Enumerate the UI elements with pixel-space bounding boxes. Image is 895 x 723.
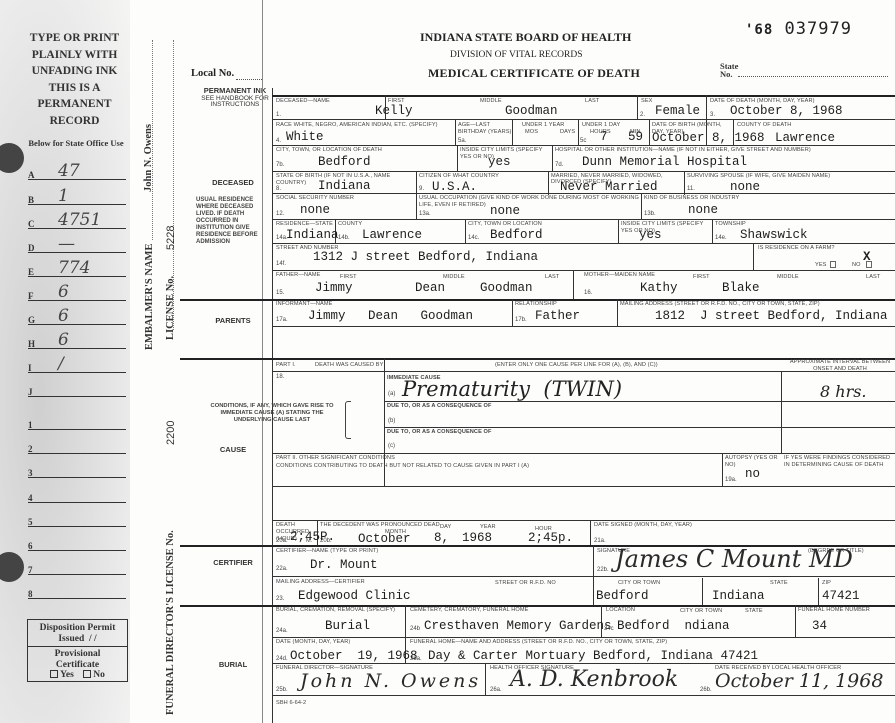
location-field[interactable]: Bedford ndiana	[617, 619, 730, 633]
location-state-label: STATE	[745, 608, 763, 614]
autopsy-field[interactable]: no	[745, 467, 760, 481]
field-num: 14f.	[276, 261, 286, 267]
usual-residence-note: USUAL RESIDENCE WHERE DECEASED LIVED. IF…	[196, 197, 272, 246]
degree-label: (DEGREE OR TITLE)	[808, 548, 864, 554]
field-num: 13b.	[644, 211, 656, 217]
state-of-birth-field[interactable]: Indiana	[318, 179, 371, 193]
col-divider	[512, 119, 513, 145]
informant-field[interactable]: Jimmy Dean Goodman	[308, 309, 473, 323]
immediate-cause-field[interactable]: Prematurity (TWIN)	[402, 377, 622, 401]
father-last-label: LAST	[545, 274, 559, 280]
certifier-zip-field[interactable]: 47421	[822, 589, 860, 603]
mos-label: MOS	[525, 129, 538, 135]
field-num: 11.	[687, 186, 695, 192]
rule	[384, 427, 895, 428]
stub-code-h[interactable]: H6	[28, 333, 126, 349]
field-num: 16.	[584, 290, 592, 296]
mother-first-field[interactable]: Kathy	[640, 281, 678, 295]
field-num: 24b	[410, 626, 420, 632]
state-no-label: StateNo.	[720, 62, 738, 78]
field-num: 22a.	[276, 566, 288, 572]
mother-last-label: LAST	[866, 274, 880, 280]
col-divider	[684, 171, 685, 195]
provisional-no-checkbox[interactable]	[83, 670, 91, 678]
form-number: SBH 6-64-2	[276, 700, 306, 706]
rule	[384, 401, 895, 402]
pronounced-label: THE DECEDENT WAS PRONOUNCED DEAD	[320, 522, 440, 528]
division-title: DIVISION OF VITAL RECORDS	[450, 50, 583, 60]
spouse-field[interactable]: none	[730, 180, 760, 194]
business-label: KIND OF BUSINESS OR INDUSTRY	[644, 195, 739, 201]
embalmer-license-value[interactable]: 5228	[165, 220, 177, 250]
min-field[interactable]: 59	[628, 130, 643, 144]
rule	[272, 637, 895, 638]
findings-label: IF YES WERE FINDINGS CONSIDERED IN DETER…	[784, 455, 894, 469]
field-num: 20b.	[320, 538, 332, 544]
agency-title: INDIANA STATE BOARD OF HEALTH	[420, 30, 631, 45]
pronounced-day-label: DAY	[440, 524, 451, 530]
rule	[272, 219, 895, 220]
col-divider	[485, 663, 486, 695]
col-divider	[637, 95, 638, 119]
father-first-label: FIRST	[340, 274, 357, 280]
race-label: RACE WHITE, NEGRO, AMERICAN INDIAN, ETC.…	[276, 122, 456, 129]
stub-code-5[interactable]: 5	[28, 511, 126, 527]
father-first-field[interactable]: Jimmy	[315, 281, 353, 295]
col-divider	[416, 171, 417, 195]
rule	[272, 520, 895, 521]
pronounced-month-field[interactable]: October	[358, 532, 411, 546]
hospital-label: HOSPITAL OR OTHER INSTITUTION—NAME (IF N…	[555, 147, 811, 153]
field-num: 26b.	[700, 687, 712, 693]
field-num: 23.	[276, 596, 284, 602]
county-of-death-label: COUNTY OF DEATH	[737, 122, 791, 128]
burial-date-field[interactable]: October 19, 1968	[290, 649, 418, 663]
certifier-mailing-label: MAILING ADDRESS—CERTIFIER	[276, 579, 365, 585]
rule	[272, 270, 895, 271]
county-of-death-field[interactable]: Lawrence	[775, 131, 835, 145]
col-divider	[649, 119, 650, 145]
col-divider	[722, 453, 723, 486]
fh-number-label: FUNERAL HOME NUMBER	[798, 607, 870, 613]
sex-field[interactable]: Female	[655, 104, 700, 118]
field-num: 1.	[276, 112, 281, 118]
section-parents: PARENTS	[193, 316, 273, 325]
ssn-field[interactable]: none	[300, 203, 330, 217]
last-label: LAST	[585, 98, 599, 104]
citizen-label: CITIZEN OF WHAT COUNTRY	[419, 173, 499, 179]
col-divider	[818, 578, 819, 605]
field-num: 5c	[580, 138, 586, 144]
col-divider	[465, 219, 466, 243]
col-divider	[573, 270, 574, 299]
mother-maiden-label: MOTHER—MAIDEN NAME	[584, 272, 655, 278]
section-cause: CAUSE	[193, 445, 273, 454]
field-num: 25a.	[410, 656, 422, 662]
cemetery-field[interactable]: Cresthaven Memory Gardens	[424, 619, 612, 633]
field-num: 14b.	[338, 235, 350, 241]
stub-code-e[interactable]: E774	[28, 261, 126, 277]
pronounced-day-field[interactable]: 8,	[434, 531, 449, 545]
occupation-label: USUAL OCCUPATION (GIVE KIND OF WORK DONE…	[419, 195, 639, 209]
father-middle-field[interactable]: Dean	[415, 281, 445, 295]
date-received-field[interactable]: October 11, 1968	[715, 670, 883, 692]
mailing-address-label: MAILING ADDRESS (STREET OR R.F.D. NO., C…	[620, 301, 820, 307]
part2-field[interactable]	[276, 470, 716, 484]
rule	[272, 119, 895, 120]
ssn-label: SOCIAL SECURITY NUMBER	[276, 195, 354, 201]
conditions-note: CONDITIONS, IF ANY, WHICH GAVE RISE TO I…	[205, 403, 339, 424]
issued-date-field[interactable]: / /	[89, 634, 97, 644]
residence-county-field[interactable]: Lawrence	[362, 228, 422, 242]
stub-code-g[interactable]: G6	[28, 309, 126, 325]
farm-label: IS RESIDENCE ON A FARM?	[758, 245, 835, 251]
field-num: 24a.	[276, 628, 288, 634]
col-divider	[512, 299, 513, 326]
col-divider	[416, 193, 417, 219]
field-num: 7b.	[276, 162, 284, 168]
residence-state-label: RESIDENCE—STATE	[276, 221, 333, 227]
rule	[272, 663, 895, 664]
deceased-first-name[interactable]: Kelly	[375, 104, 413, 118]
stub-code-a[interactable]: A47	[28, 164, 126, 180]
state-office-use-label: Below for State Office Use	[22, 138, 130, 148]
date-of-death-field[interactable]: October 8, 1968	[730, 104, 843, 118]
stub-code-8[interactable]: 8	[28, 583, 126, 599]
under-1-year-label: UNDER 1 YEAR	[522, 122, 564, 128]
director-signature[interactable]: John N. Owens	[300, 670, 481, 692]
due-to-label-1: DUE TO, OR AS A CONSEQUENCE OF	[387, 403, 492, 409]
section-burial: BURIAL	[193, 660, 273, 669]
col-divider	[593, 545, 594, 605]
township-label: TOWNSHIP	[715, 221, 746, 227]
certificate-number: '68 037979	[745, 19, 852, 39]
funeral-director-license-label: FUNERAL DIRECTOR'S LICENSE No.	[165, 510, 176, 715]
stub-code-f[interactable]: F6	[28, 285, 126, 301]
fh-number-field[interactable]: 34	[812, 619, 827, 633]
section-deceased: DECEASED	[193, 178, 273, 187]
certifier-city-field[interactable]: Bedford	[596, 589, 649, 603]
stub-code-b[interactable]: B1	[28, 189, 126, 205]
field-num: 5a.	[458, 138, 466, 144]
due-to-label-2: DUE TO, OR AS A CONSEQUENCE OF	[387, 429, 492, 435]
under-1-day-label: UNDER 1 DAY	[582, 122, 620, 128]
field-num: 26a.	[490, 687, 502, 693]
stub-code-1[interactable]: 1	[28, 414, 126, 430]
location-city-label: CITY OR TOWN	[680, 608, 722, 614]
certifier-name-label: CERTIFIER—NAME (TYPE OR PRINT)	[276, 548, 378, 554]
field-num: 24d.	[276, 656, 288, 662]
local-no-label: Local No.	[191, 68, 234, 79]
mother-middle-label: MIDDLE	[777, 274, 799, 280]
citizen-field[interactable]: U.S.A.	[432, 180, 477, 194]
pronounced-year-field[interactable]: 1968	[462, 531, 492, 545]
father-middle-label: MIDDLE	[443, 274, 465, 280]
field-num: 14c.	[468, 235, 479, 241]
mother-first-label: FIRST	[693, 274, 710, 280]
inside-city-field[interactable]: yes	[488, 155, 511, 169]
bracket	[345, 401, 351, 439]
certificate-title: MEDICAL CERTIFICATE OF DEATH	[428, 66, 640, 81]
col-divider	[457, 145, 458, 171]
dob-field[interactable]: October 8, 1968	[652, 131, 765, 145]
field-num: 13a.	[419, 211, 431, 217]
embalmer-name-value[interactable]: John N. Owens	[143, 112, 154, 192]
field-num: 18.	[276, 374, 284, 380]
field-num: 4.	[276, 138, 281, 144]
certifier-state-label: STATE	[770, 580, 788, 586]
col-divider	[753, 243, 754, 270]
caused-by-label: DEATH WAS CAUSED BY	[315, 362, 383, 368]
funeral-home-field[interactable]: Day & Carter Mortuary Bedford, Indiana 4…	[428, 649, 758, 663]
residence-county-label: COUNTY	[338, 221, 362, 227]
city-of-death-field[interactable]: Bedford	[318, 155, 371, 169]
embalmer-license-label: LICENSE No.	[165, 255, 176, 340]
age-label: AGE—LAST BIRTHDAY (YEARS)	[458, 122, 512, 136]
interval-label: APPROXIMATE INTERVAL BETWEEN ONSET AND D…	[785, 359, 895, 373]
pronounced-year-label: YEAR	[480, 524, 496, 530]
residence-inside-city-field[interactable]: yes	[639, 228, 662, 242]
pronounced-hour-field[interactable]: 2;45p.	[528, 531, 573, 545]
part2-label: PART II. OTHER SIGNIFICANT CONDITIONS	[276, 455, 395, 461]
field-num: 3.	[710, 112, 715, 118]
enter-one-label: (ENTER ONLY ONE CAUSE PER LINE FOR (a), …	[495, 362, 658, 368]
col-divider	[618, 219, 619, 243]
rule	[272, 453, 895, 454]
occupation-field[interactable]: none	[490, 204, 520, 218]
certifier-zip-label: ZIP	[822, 580, 831, 586]
burial-date-label: DATE (MONTH, DAY, YEAR)	[276, 639, 350, 645]
residence-city-label: CITY, TOWN OR LOCATION	[468, 221, 542, 227]
rule	[272, 695, 895, 696]
field-num: 17a.	[276, 317, 288, 323]
certifier-name-field[interactable]: Dr. Mount	[310, 558, 378, 572]
funeral-director-license-value[interactable]: 2200	[165, 410, 177, 445]
residence-state-field[interactable]: Indiana	[286, 228, 339, 242]
sex-label: SEX	[641, 98, 653, 104]
middle-label: MIDDLE	[480, 98, 502, 104]
field-num: 24c	[604, 626, 614, 632]
stub-code-7[interactable]: 7	[28, 559, 126, 575]
rule	[272, 145, 895, 146]
field-num: 12.	[276, 211, 284, 217]
mother-last-field[interactable]: Blake	[722, 281, 760, 295]
stub-code-i[interactable]: I/	[28, 357, 126, 373]
field-num: 25b.	[276, 687, 288, 693]
spouse-label: SURVIVING SPOUSE (IF WIFE, GIVE MAIDEN N…	[687, 173, 830, 179]
provisional-yes-checkbox[interactable]	[50, 670, 58, 678]
col-divider	[795, 605, 796, 637]
stub-code-j[interactable]: J	[28, 381, 126, 397]
field-num: 20a.	[276, 538, 288, 544]
business-field[interactable]: none	[688, 203, 718, 217]
mailing-address-field[interactable]: 1812 J street Bedford, Indiana	[655, 309, 888, 323]
farm-no-label: NO	[852, 262, 861, 268]
disposition-label: BURIAL, CREMATION, REMOVAL (SPECIFY)	[276, 607, 404, 614]
stub-code-d[interactable]: D—	[28, 237, 126, 253]
section-certifier: CERTIFIER	[193, 558, 273, 567]
field-num: (b)	[388, 418, 395, 424]
disposition-field[interactable]: Burial	[325, 619, 370, 633]
street-rfd-label: STREET OR R.F.D. NO	[495, 580, 556, 586]
residence-inside-city-label: INSIDE CITY LIMITS (SPECIFY YES OR NO)	[621, 221, 711, 235]
stub-code-6[interactable]: 6	[28, 535, 126, 551]
funeral-home-label: FUNERAL HOME—NAME AND ADDRESS (STREET OR…	[410, 639, 667, 645]
col-divider	[641, 193, 642, 219]
m-label: M.	[306, 538, 312, 544]
hours-field[interactable]: 7	[600, 130, 608, 144]
stub-code-3[interactable]: 3	[28, 462, 126, 478]
field-num: 14e.	[715, 235, 727, 241]
marital-field[interactable]: Never Married	[560, 180, 658, 194]
col-divider	[578, 119, 579, 145]
cemetery-label: CEMETERY, CREMATORY, FUNERAL HOME	[410, 607, 528, 613]
part2-note: CONDITIONS CONTRIBUTING TO DEATH BUT NOT…	[276, 463, 716, 470]
hospital-field[interactable]: Dunn Memorial Hospital	[582, 155, 747, 169]
rule	[272, 576, 895, 577]
farm-yes-checkbox[interactable]	[830, 261, 836, 268]
health-officer-signature[interactable]: A. D. Kenbrook	[510, 667, 678, 692]
stub-code-4[interactable]: 4	[28, 487, 126, 503]
certifier-state-field[interactable]: Indiana	[712, 589, 765, 603]
informant-label: INFORMANT—NAME	[276, 301, 332, 307]
field-num: 15.	[276, 290, 284, 296]
date-signed-label: DATE SIGNED (MONTH, DAY, YEAR)	[594, 522, 692, 528]
certifier-city-label: CITY OR TOWN	[618, 580, 660, 586]
col-divider	[548, 171, 549, 195]
field-num: 17b.	[515, 317, 527, 323]
field-num: 19a.	[725, 477, 737, 483]
disposition-permit-box: Disposition Permit Issued / / Provisiona…	[27, 619, 128, 682]
father-name-label: FATHER—NAME	[276, 272, 321, 278]
rule	[272, 171, 895, 172]
interval-field[interactable]: 8 hrs.	[820, 382, 867, 401]
residence-city-field[interactable]: Bedford	[490, 228, 543, 242]
relationship-label: RELATIONSHIP	[515, 301, 557, 307]
township-field[interactable]: Shawswick	[740, 228, 808, 242]
col-divider	[552, 145, 553, 171]
street-field[interactable]: 1312 J street Bedford, Indiana	[313, 250, 538, 264]
location-label: LOCATION	[606, 607, 635, 613]
center-fold	[262, 0, 263, 723]
stub-code-c[interactable]: C4751	[28, 213, 126, 229]
rule	[272, 486, 895, 487]
city-of-death-label: CITY, TOWN, OR LOCATION OF DEATH	[276, 147, 382, 153]
race-field[interactable]: White	[286, 130, 324, 144]
col-divider	[702, 578, 703, 605]
farm-mark: X	[863, 250, 871, 264]
embalmer-name-label: EMBALMER'S NAME	[144, 240, 155, 350]
field-num: 9.	[419, 186, 424, 192]
part1-label: PART I.	[276, 362, 296, 368]
top-rule	[272, 95, 895, 97]
farm-yes-label: YES	[815, 262, 827, 268]
certifier-mailing-field[interactable]: Edgewood Clinic	[298, 589, 411, 603]
field-num: 22b.	[597, 567, 609, 573]
field-num: 7d.	[555, 162, 563, 168]
local-no-field[interactable]	[236, 79, 262, 80]
state-no-field[interactable]	[738, 76, 888, 77]
col-divider	[617, 299, 618, 326]
days-label: DAYS	[560, 129, 575, 135]
stub-instructions: TYPE OR PRINT PLAINLY WITH UNFADING INK …	[22, 30, 127, 130]
stub-code-2[interactable]: 2	[28, 438, 126, 454]
father-last-field[interactable]: Goodman	[480, 281, 533, 295]
field-num: (a)	[388, 391, 395, 397]
field-num: 21a.	[594, 538, 606, 544]
field-num: 2.	[640, 112, 645, 118]
field-num: (c)	[388, 443, 395, 449]
rule	[272, 243, 895, 244]
field-num: 8.	[276, 186, 281, 192]
col-divider	[781, 371, 782, 453]
deceased-name-label: DECEASED—NAME	[276, 98, 330, 104]
deceased-last-name[interactable]: Goodman	[505, 104, 558, 118]
relationship-field[interactable]: Father	[535, 309, 580, 323]
col-divider	[590, 520, 591, 545]
rule	[272, 326, 895, 327]
col-divider	[712, 219, 713, 243]
